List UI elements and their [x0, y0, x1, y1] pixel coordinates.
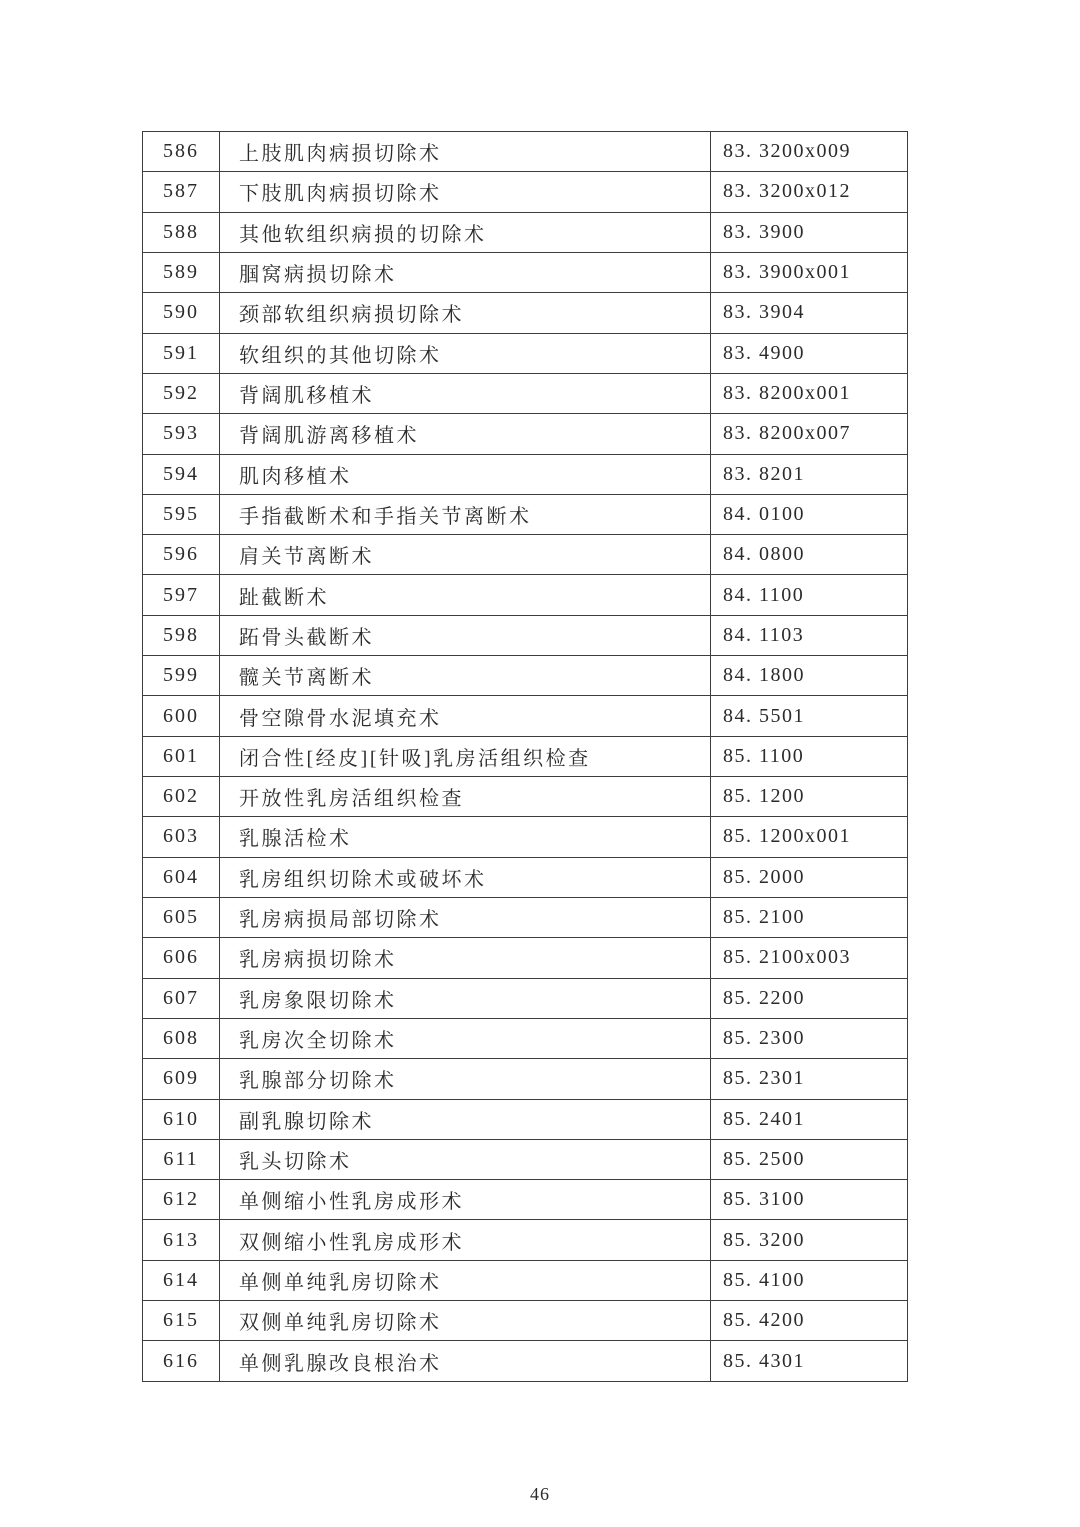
- table-row: 607 乳房象限切除术 85. 2200: [143, 978, 908, 1018]
- row-number-cell: 607: [143, 978, 220, 1018]
- table-row: 590 颈部软组织病损切除术 83. 3904: [143, 293, 908, 333]
- row-number-cell: 595: [143, 494, 220, 534]
- row-number-cell: 590: [143, 293, 220, 333]
- procedure-code-cell: 83. 3900x001: [711, 252, 908, 292]
- table-row: 601 闭合性[经皮][针吸]乳房活组织检查 85. 1100: [143, 736, 908, 776]
- row-number-cell: 614: [143, 1260, 220, 1300]
- procedure-code-cell: 85. 1200x001: [711, 817, 908, 857]
- procedure-name-cell: 背阔肌移植术: [220, 373, 711, 413]
- procedure-code-cell: 85. 1100: [711, 736, 908, 776]
- procedure-name-cell: 开放性乳房活组织检查: [220, 777, 711, 817]
- table-row: 604 乳房组织切除术或破坏术 85. 2000: [143, 857, 908, 897]
- procedure-code-cell: 84. 0800: [711, 535, 908, 575]
- procedure-code-cell: 85. 4200: [711, 1301, 908, 1341]
- procedure-code-cell: 85. 2401: [711, 1099, 908, 1139]
- procedure-name-cell: 单侧乳腺改良根治术: [220, 1341, 711, 1382]
- procedure-name-cell: 乳房病损局部切除术: [220, 897, 711, 937]
- procedure-code-cell: 85. 2100x003: [711, 938, 908, 978]
- table-row: 608 乳房次全切除术 85. 2300: [143, 1018, 908, 1058]
- row-number-cell: 599: [143, 656, 220, 696]
- table-row: 586 上肢肌肉病损切除术 83. 3200x009: [143, 132, 908, 172]
- procedure-code-cell: 85. 3100: [711, 1180, 908, 1220]
- row-number-cell: 602: [143, 777, 220, 817]
- procedure-name-cell: 背阔肌游离移植术: [220, 414, 711, 454]
- procedure-name-cell: 闭合性[经皮][针吸]乳房活组织检查: [220, 736, 711, 776]
- procedure-name-cell: 副乳腺切除术: [220, 1099, 711, 1139]
- row-number-cell: 612: [143, 1180, 220, 1220]
- table-row: 594 肌肉移植术 83. 8201: [143, 454, 908, 494]
- procedure-code-cell: 85. 2500: [711, 1139, 908, 1179]
- procedure-code-cell: 85. 1200: [711, 777, 908, 817]
- procedure-code-cell: 84. 5501: [711, 696, 908, 736]
- table-row: 614 单侧单纯乳房切除术 85. 4100: [143, 1260, 908, 1300]
- table-row: 600 骨空隙骨水泥填充术 84. 5501: [143, 696, 908, 736]
- row-number-cell: 593: [143, 414, 220, 454]
- procedure-name-cell: 乳头切除术: [220, 1139, 711, 1179]
- procedure-name-cell: 双侧缩小性乳房成形术: [220, 1220, 711, 1260]
- procedure-name-cell: 趾截断术: [220, 575, 711, 615]
- row-number-cell: 615: [143, 1301, 220, 1341]
- procedure-name-cell: 肌肉移植术: [220, 454, 711, 494]
- procedure-code-cell: 85. 2100: [711, 897, 908, 937]
- procedure-name-cell: 腘窝病损切除术: [220, 252, 711, 292]
- procedure-code-cell: 85. 2000: [711, 857, 908, 897]
- row-number-cell: 610: [143, 1099, 220, 1139]
- row-number-cell: 608: [143, 1018, 220, 1058]
- procedure-name-cell: 单侧缩小性乳房成形术: [220, 1180, 711, 1220]
- table-row: 611 乳头切除术 85. 2500: [143, 1139, 908, 1179]
- row-number-cell: 601: [143, 736, 220, 776]
- row-number-cell: 586: [143, 132, 220, 172]
- procedure-name-cell: 手指截断术和手指关节离断术: [220, 494, 711, 534]
- procedure-name-cell: 肩关节离断术: [220, 535, 711, 575]
- procedure-code-cell: 84. 1800: [711, 656, 908, 696]
- row-number-cell: 587: [143, 172, 220, 212]
- row-number-cell: 596: [143, 535, 220, 575]
- table-row: 588 其他软组织病损的切除术 83. 3900: [143, 212, 908, 252]
- procedure-name-cell: 乳房病损切除术: [220, 938, 711, 978]
- procedure-code-cell: 84. 1103: [711, 615, 908, 655]
- table-row: 595 手指截断术和手指关节离断术 84. 0100: [143, 494, 908, 534]
- row-number-cell: 603: [143, 817, 220, 857]
- document-page: 586 上肢肌肉病损切除术 83. 3200x009 587 下肢肌肉病损切除术…: [0, 0, 1080, 1527]
- procedure-code-cell: 85. 4301: [711, 1341, 908, 1382]
- row-number-cell: 597: [143, 575, 220, 615]
- row-number-cell: 600: [143, 696, 220, 736]
- row-number-cell: 611: [143, 1139, 220, 1179]
- table-row: 596 肩关节离断术 84. 0800: [143, 535, 908, 575]
- table-row: 597 趾截断术 84. 1100: [143, 575, 908, 615]
- procedure-name-cell: 髋关节离断术: [220, 656, 711, 696]
- row-number-cell: 588: [143, 212, 220, 252]
- table-row: 606 乳房病损切除术 85. 2100x003: [143, 938, 908, 978]
- table-row: 616 单侧乳腺改良根治术 85. 4301: [143, 1341, 908, 1382]
- procedure-code-cell: 83. 3904: [711, 293, 908, 333]
- row-number-cell: 604: [143, 857, 220, 897]
- procedure-code-cell: 85. 2200: [711, 978, 908, 1018]
- procedure-name-cell: 骨空隙骨水泥填充术: [220, 696, 711, 736]
- procedure-table-body: 586 上肢肌肉病损切除术 83. 3200x009 587 下肢肌肉病损切除术…: [143, 132, 908, 1382]
- procedure-code-cell: 83. 8200x007: [711, 414, 908, 454]
- procedure-name-cell: 乳腺活检术: [220, 817, 711, 857]
- table-row: 605 乳房病损局部切除术 85. 2100: [143, 897, 908, 937]
- row-number-cell: 605: [143, 897, 220, 937]
- table-row: 598 跖骨头截断术 84. 1103: [143, 615, 908, 655]
- procedure-code-cell: 83. 8200x001: [711, 373, 908, 413]
- procedure-name-cell: 乳房组织切除术或破坏术: [220, 857, 711, 897]
- procedure-name-cell: 乳房象限切除术: [220, 978, 711, 1018]
- page-number: 46: [0, 1484, 1080, 1505]
- procedure-name-cell: 下肢肌肉病损切除术: [220, 172, 711, 212]
- procedure-code-cell: 83. 3200x009: [711, 132, 908, 172]
- table-row: 591 软组织的其他切除术 83. 4900: [143, 333, 908, 373]
- table-row: 589 腘窝病损切除术 83. 3900x001: [143, 252, 908, 292]
- row-number-cell: 594: [143, 454, 220, 494]
- procedure-code-cell: 85. 3200: [711, 1220, 908, 1260]
- procedure-code-cell: 85. 2300: [711, 1018, 908, 1058]
- procedure-code-cell: 85. 2301: [711, 1059, 908, 1099]
- procedure-name-cell: 软组织的其他切除术: [220, 333, 711, 373]
- procedure-code-cell: 84. 1100: [711, 575, 908, 615]
- row-number-cell: 598: [143, 615, 220, 655]
- procedure-code-cell: 85. 4100: [711, 1260, 908, 1300]
- row-number-cell: 591: [143, 333, 220, 373]
- procedure-name-cell: 上肢肌肉病损切除术: [220, 132, 711, 172]
- table-row: 609 乳腺部分切除术 85. 2301: [143, 1059, 908, 1099]
- row-number-cell: 609: [143, 1059, 220, 1099]
- row-number-cell: 606: [143, 938, 220, 978]
- table-row: 599 髋关节离断术 84. 1800: [143, 656, 908, 696]
- row-number-cell: 589: [143, 252, 220, 292]
- procedure-code-cell: 84. 0100: [711, 494, 908, 534]
- procedure-name-cell: 颈部软组织病损切除术: [220, 293, 711, 333]
- table-row: 613 双侧缩小性乳房成形术 85. 3200: [143, 1220, 908, 1260]
- procedure-name-cell: 双侧单纯乳房切除术: [220, 1301, 711, 1341]
- procedure-code-cell: 83. 3200x012: [711, 172, 908, 212]
- procedure-name-cell: 乳房次全切除术: [220, 1018, 711, 1058]
- table-row: 603 乳腺活检术 85. 1200x001: [143, 817, 908, 857]
- table-row: 592 背阔肌移植术 83. 8200x001: [143, 373, 908, 413]
- procedure-name-cell: 单侧单纯乳房切除术: [220, 1260, 711, 1300]
- procedure-code-cell: 83. 8201: [711, 454, 908, 494]
- table-row: 587 下肢肌肉病损切除术 83. 3200x012: [143, 172, 908, 212]
- procedure-name-cell: 跖骨头截断术: [220, 615, 711, 655]
- table-row: 610 副乳腺切除术 85. 2401: [143, 1099, 908, 1139]
- row-number-cell: 613: [143, 1220, 220, 1260]
- procedure-code-table: 586 上肢肌肉病损切除术 83. 3200x009 587 下肢肌肉病损切除术…: [142, 131, 908, 1382]
- row-number-cell: 616: [143, 1341, 220, 1382]
- procedure-code-cell: 83. 4900: [711, 333, 908, 373]
- table-row: 602 开放性乳房活组织检查 85. 1200: [143, 777, 908, 817]
- row-number-cell: 592: [143, 373, 220, 413]
- table-row: 615 双侧单纯乳房切除术 85. 4200: [143, 1301, 908, 1341]
- procedure-name-cell: 乳腺部分切除术: [220, 1059, 711, 1099]
- procedure-code-cell: 83. 3900: [711, 212, 908, 252]
- procedure-name-cell: 其他软组织病损的切除术: [220, 212, 711, 252]
- table-row: 593 背阔肌游离移植术 83. 8200x007: [143, 414, 908, 454]
- table-row: 612 单侧缩小性乳房成形术 85. 3100: [143, 1180, 908, 1220]
